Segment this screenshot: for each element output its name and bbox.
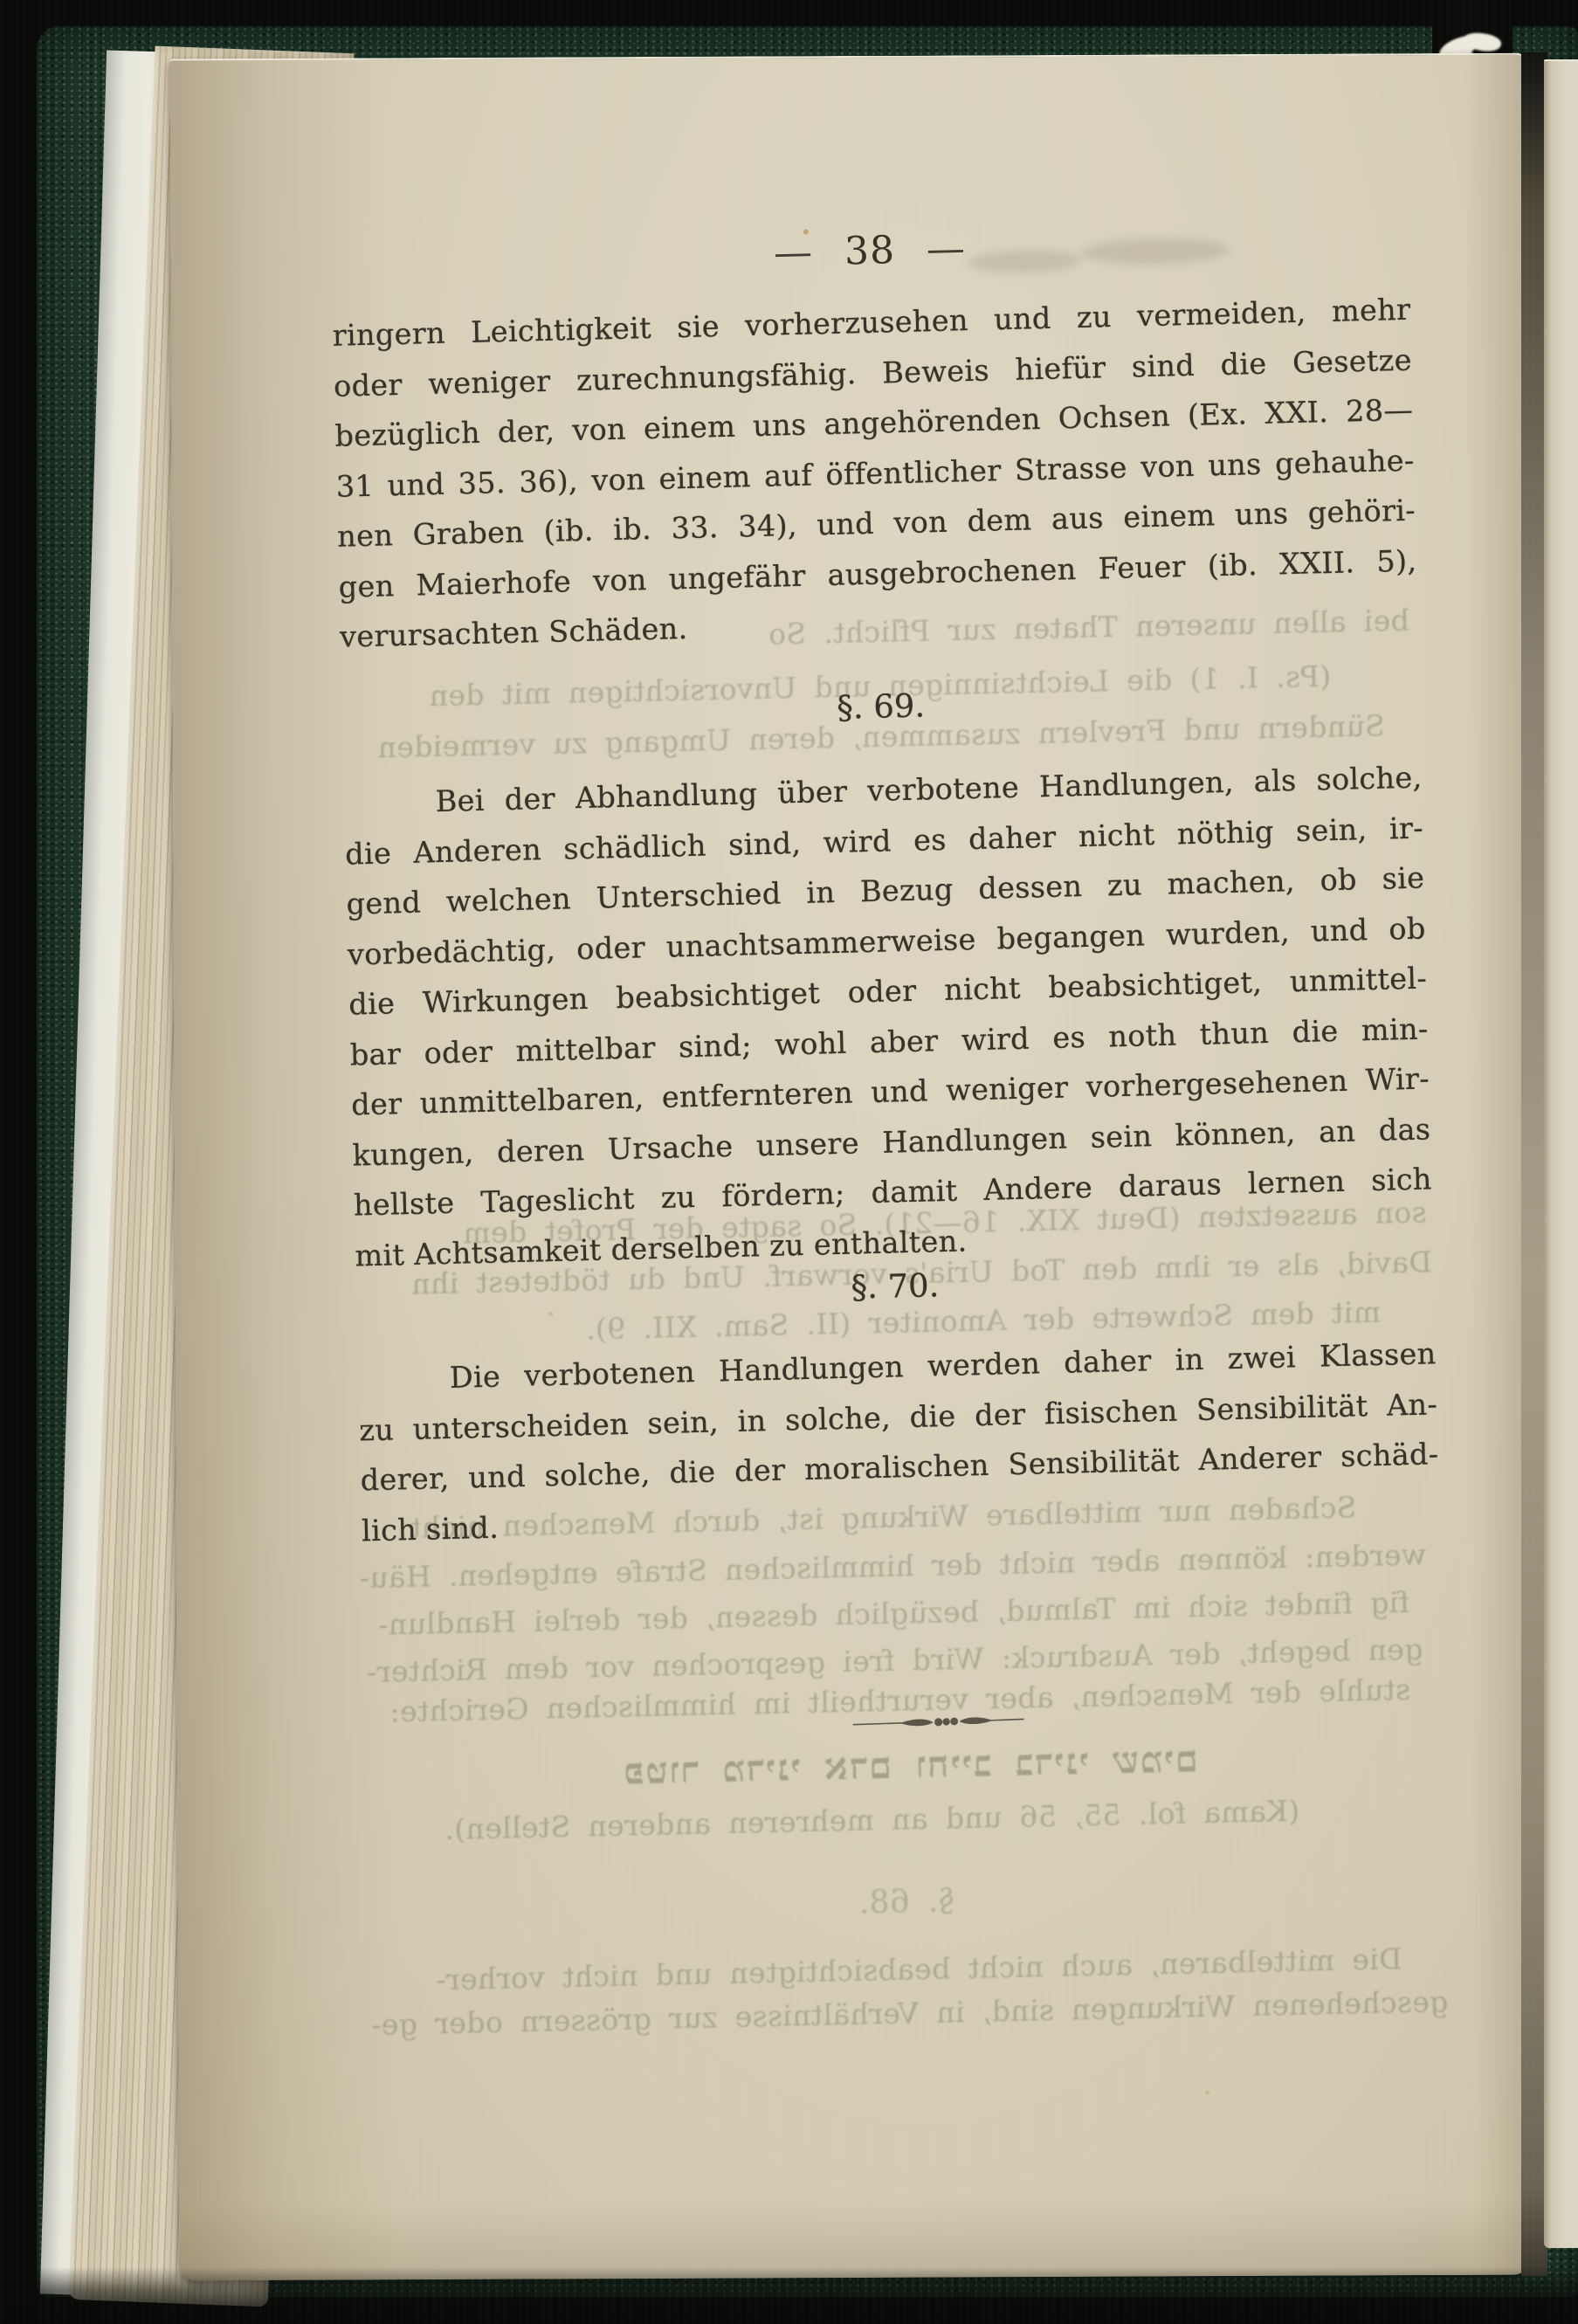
- page-number: 38: [844, 228, 895, 273]
- paragraph-2: Bei der Abhandlung über verbotene Handlu…: [343, 752, 1434, 1280]
- header-dash-left: —: [773, 230, 813, 275]
- paragraph-3: Die verbotenen Handlungen werden daher i…: [357, 1328, 1440, 1555]
- scanned-book-photo: bei allen unseren Thaten zur Pflicht. So…: [0, 0, 1578, 2324]
- section-heading-69: §. 69.: [341, 676, 1421, 739]
- paragraph-1: ringern Leichtigkeit sie vorherzusehen u…: [332, 285, 1418, 663]
- ornament-divider: [851, 1711, 1025, 1734]
- header-dash-right: —: [926, 226, 966, 272]
- next-page-edge: [1544, 59, 1578, 2248]
- printed-text-layer: —38— ringern Leichtigkeit sie vorherzuse…: [151, 39, 1561, 2292]
- page-number-header: —38—: [330, 219, 1409, 284]
- book-page: bei allen unseren Thaten zur Pflicht. So…: [169, 53, 1534, 2281]
